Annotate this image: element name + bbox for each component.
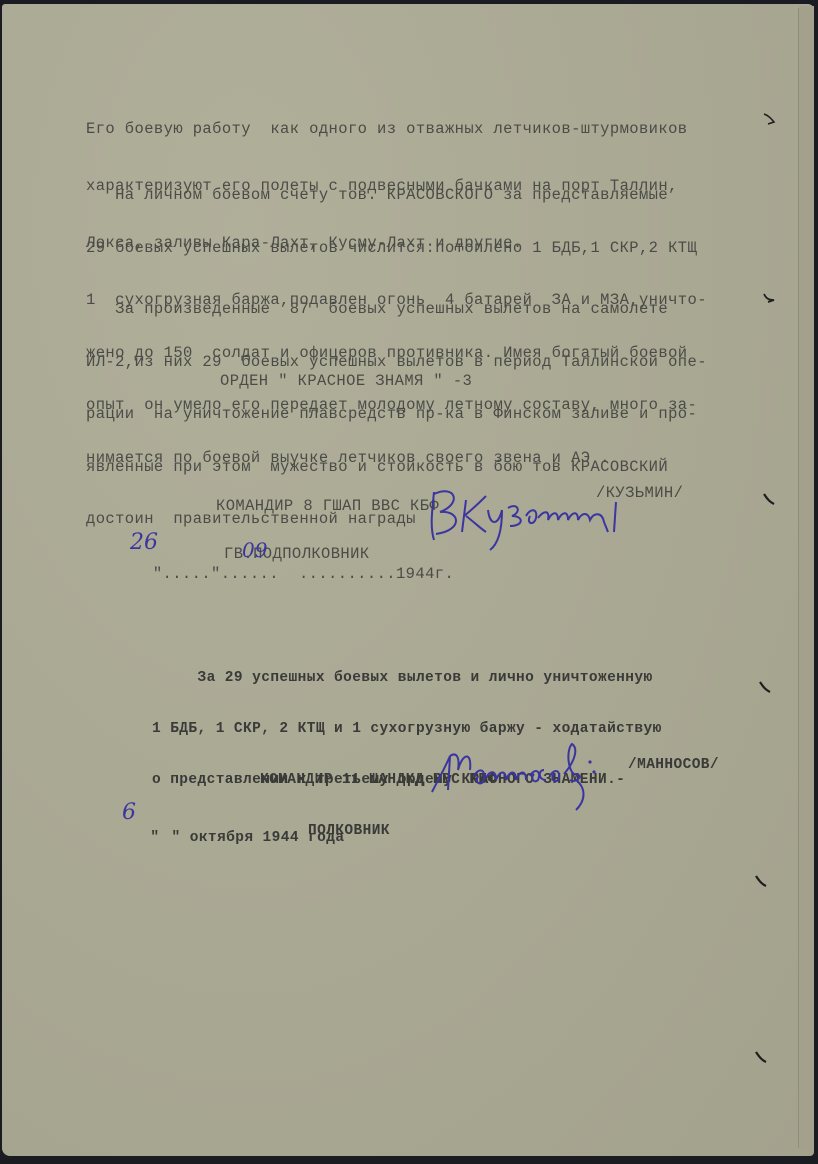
quote-mark: " [153, 565, 163, 583]
text-line: Его боевую работу как одного из отважных… [86, 120, 688, 139]
text-line: ИЛ-2,из них 29 боевых успешных вылетов в… [86, 354, 707, 372]
award-line: ОРДЕН " КРАСНОЕ ЗНАМЯ " -3 [220, 372, 472, 391]
page-fold-line [798, 8, 799, 1148]
text-line: На личном боевом счету тов. КРАСОВСКОГО … [86, 187, 707, 205]
punch-hole-icon [762, 112, 776, 126]
punch-hole-icon [754, 874, 768, 888]
commander-11-name: /МАННОСОВ/ [628, 756, 719, 775]
punch-hole-icon [762, 492, 776, 506]
punch-hole-icon [762, 292, 776, 306]
commander-title-line: КОМАНДИР 8 ГШАП ВВС КБФ [216, 498, 439, 514]
handwritten-day: 26 [130, 530, 158, 555]
date-line-1: "....."................1944г. [114, 546, 454, 603]
binding-strip [799, 6, 814, 1150]
date-line-2: "" октября 1944 года [114, 810, 344, 867]
text-line: За 29 успешных боевых вылетов и лично ун… [152, 670, 662, 687]
text-line: рации на уничтожение плавсредств пр-ка в… [86, 406, 707, 424]
quote-mark: " [150, 830, 159, 846]
quote-mark: " [211, 565, 221, 583]
text-line: 1 БДБ, 1 СКР, 2 КТЩ и 1 сухогрузную барж… [152, 721, 662, 738]
text-line: 29 боевых успешных вылетов числится:пото… [86, 240, 707, 258]
punch-hole-icon [754, 1050, 768, 1064]
signature-kuzmin-icon [426, 482, 636, 554]
date-text: " октября 1944 года [172, 830, 345, 846]
archival-document-page: Его боевую работу как одного из отважных… [2, 4, 814, 1156]
text-line: За произведенные 87 боевых успешных выле… [86, 301, 707, 319]
dot-leader: ..... [163, 565, 212, 583]
punch-hole-icon [758, 680, 772, 694]
handwritten-day-2: 6 [122, 800, 136, 825]
year-text: 1944г. [396, 565, 454, 583]
dot-leader: ...... [221, 565, 279, 583]
dot-leader: .......... [299, 565, 396, 583]
signature-mannosov-icon [426, 740, 636, 816]
handwritten-month: 09 [242, 538, 267, 562]
